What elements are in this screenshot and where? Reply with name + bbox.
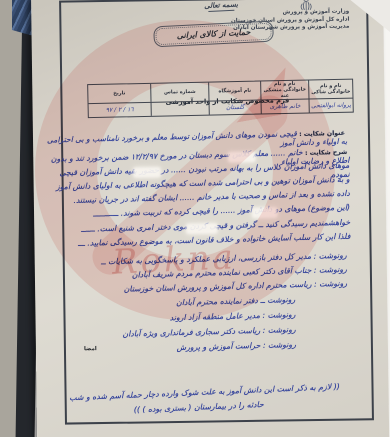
header-accused: نام و نام خانوادگی متشکی عنه [260, 81, 308, 100]
cell-complainant: پروانه ابوالفتحی [308, 98, 352, 113]
redaction-blur [186, 223, 217, 233]
cell-date: ١٦ / ٢ / ٩٧ [89, 102, 151, 117]
header-complainant: نام و نام خانوادگی شاکی [308, 80, 352, 99]
header-date: تاریخ [88, 84, 150, 103]
paper-sheet: وزارت آموزش و پرورش اداره کل آموزش و پرو… [31, 0, 389, 437]
complaint-table: نام و نام خانوادگی شاکی نام و نام خانواد… [87, 79, 354, 119]
photo-of-complaint-form: وزارت آموزش و پرورش اداره کل آموزش و پرو… [0, 0, 390, 437]
header-school: نام آموزشگاه [208, 82, 260, 101]
signature-mark: امضا [84, 346, 97, 352]
redaction-blur [228, 152, 255, 162]
redaction-blur [252, 208, 277, 218]
cell-phone [151, 101, 209, 116]
cell-school: گلستان [209, 100, 261, 115]
cell-accused: خانم طاهری [260, 99, 308, 114]
header-phone: شماره تماس [150, 83, 208, 102]
redaction-blur [133, 167, 160, 177]
